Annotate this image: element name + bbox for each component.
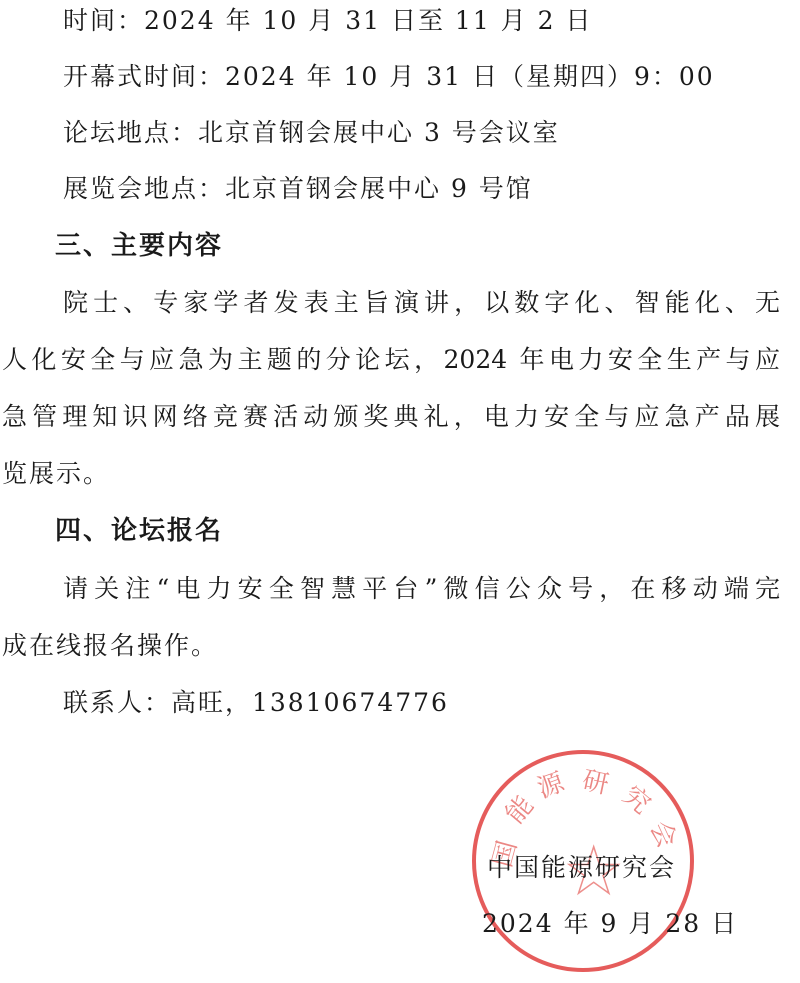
- paragraph-line: 请关注“电力安全智慧平台”微信公众号，在移动端完: [63, 574, 780, 604]
- forum-location: 论坛地点：北京首钢会展中心 3 号会议室: [63, 118, 560, 148]
- section-heading-registration: 四、论坛报名: [55, 516, 223, 546]
- paragraph-line: 急管理知识网络竞赛活动颁奖典礼，电力安全与应急产品展: [2, 402, 780, 432]
- paragraph-line: 院士、专家学者发表主旨演讲，以数字化、智能化、无: [63, 288, 780, 318]
- contact-info: 联系人：高旺，13810674776: [63, 688, 449, 718]
- paragraph-line: 人化安全与应急为主题的分论坛，2024 年电力安全生产与应: [2, 345, 780, 375]
- section-heading-main-content: 三、主要内容: [55, 231, 223, 261]
- opening-time: 开幕式时间：2024 年 10 月 31 日（星期四）9：00: [63, 62, 715, 92]
- signing-organization: 中国能源研究会: [487, 853, 676, 883]
- event-time: 时间：2024 年 10 月 31 日至 11 月 2 日: [63, 6, 593, 36]
- paragraph-line: 成在线报名操作。: [2, 631, 218, 661]
- signing-date: 2024 年 9 月 28 日: [482, 909, 738, 939]
- exhibition-location: 展览会地点：北京首钢会展中心 9 号馆: [63, 174, 533, 204]
- paragraph-line: 览展示。: [2, 459, 110, 489]
